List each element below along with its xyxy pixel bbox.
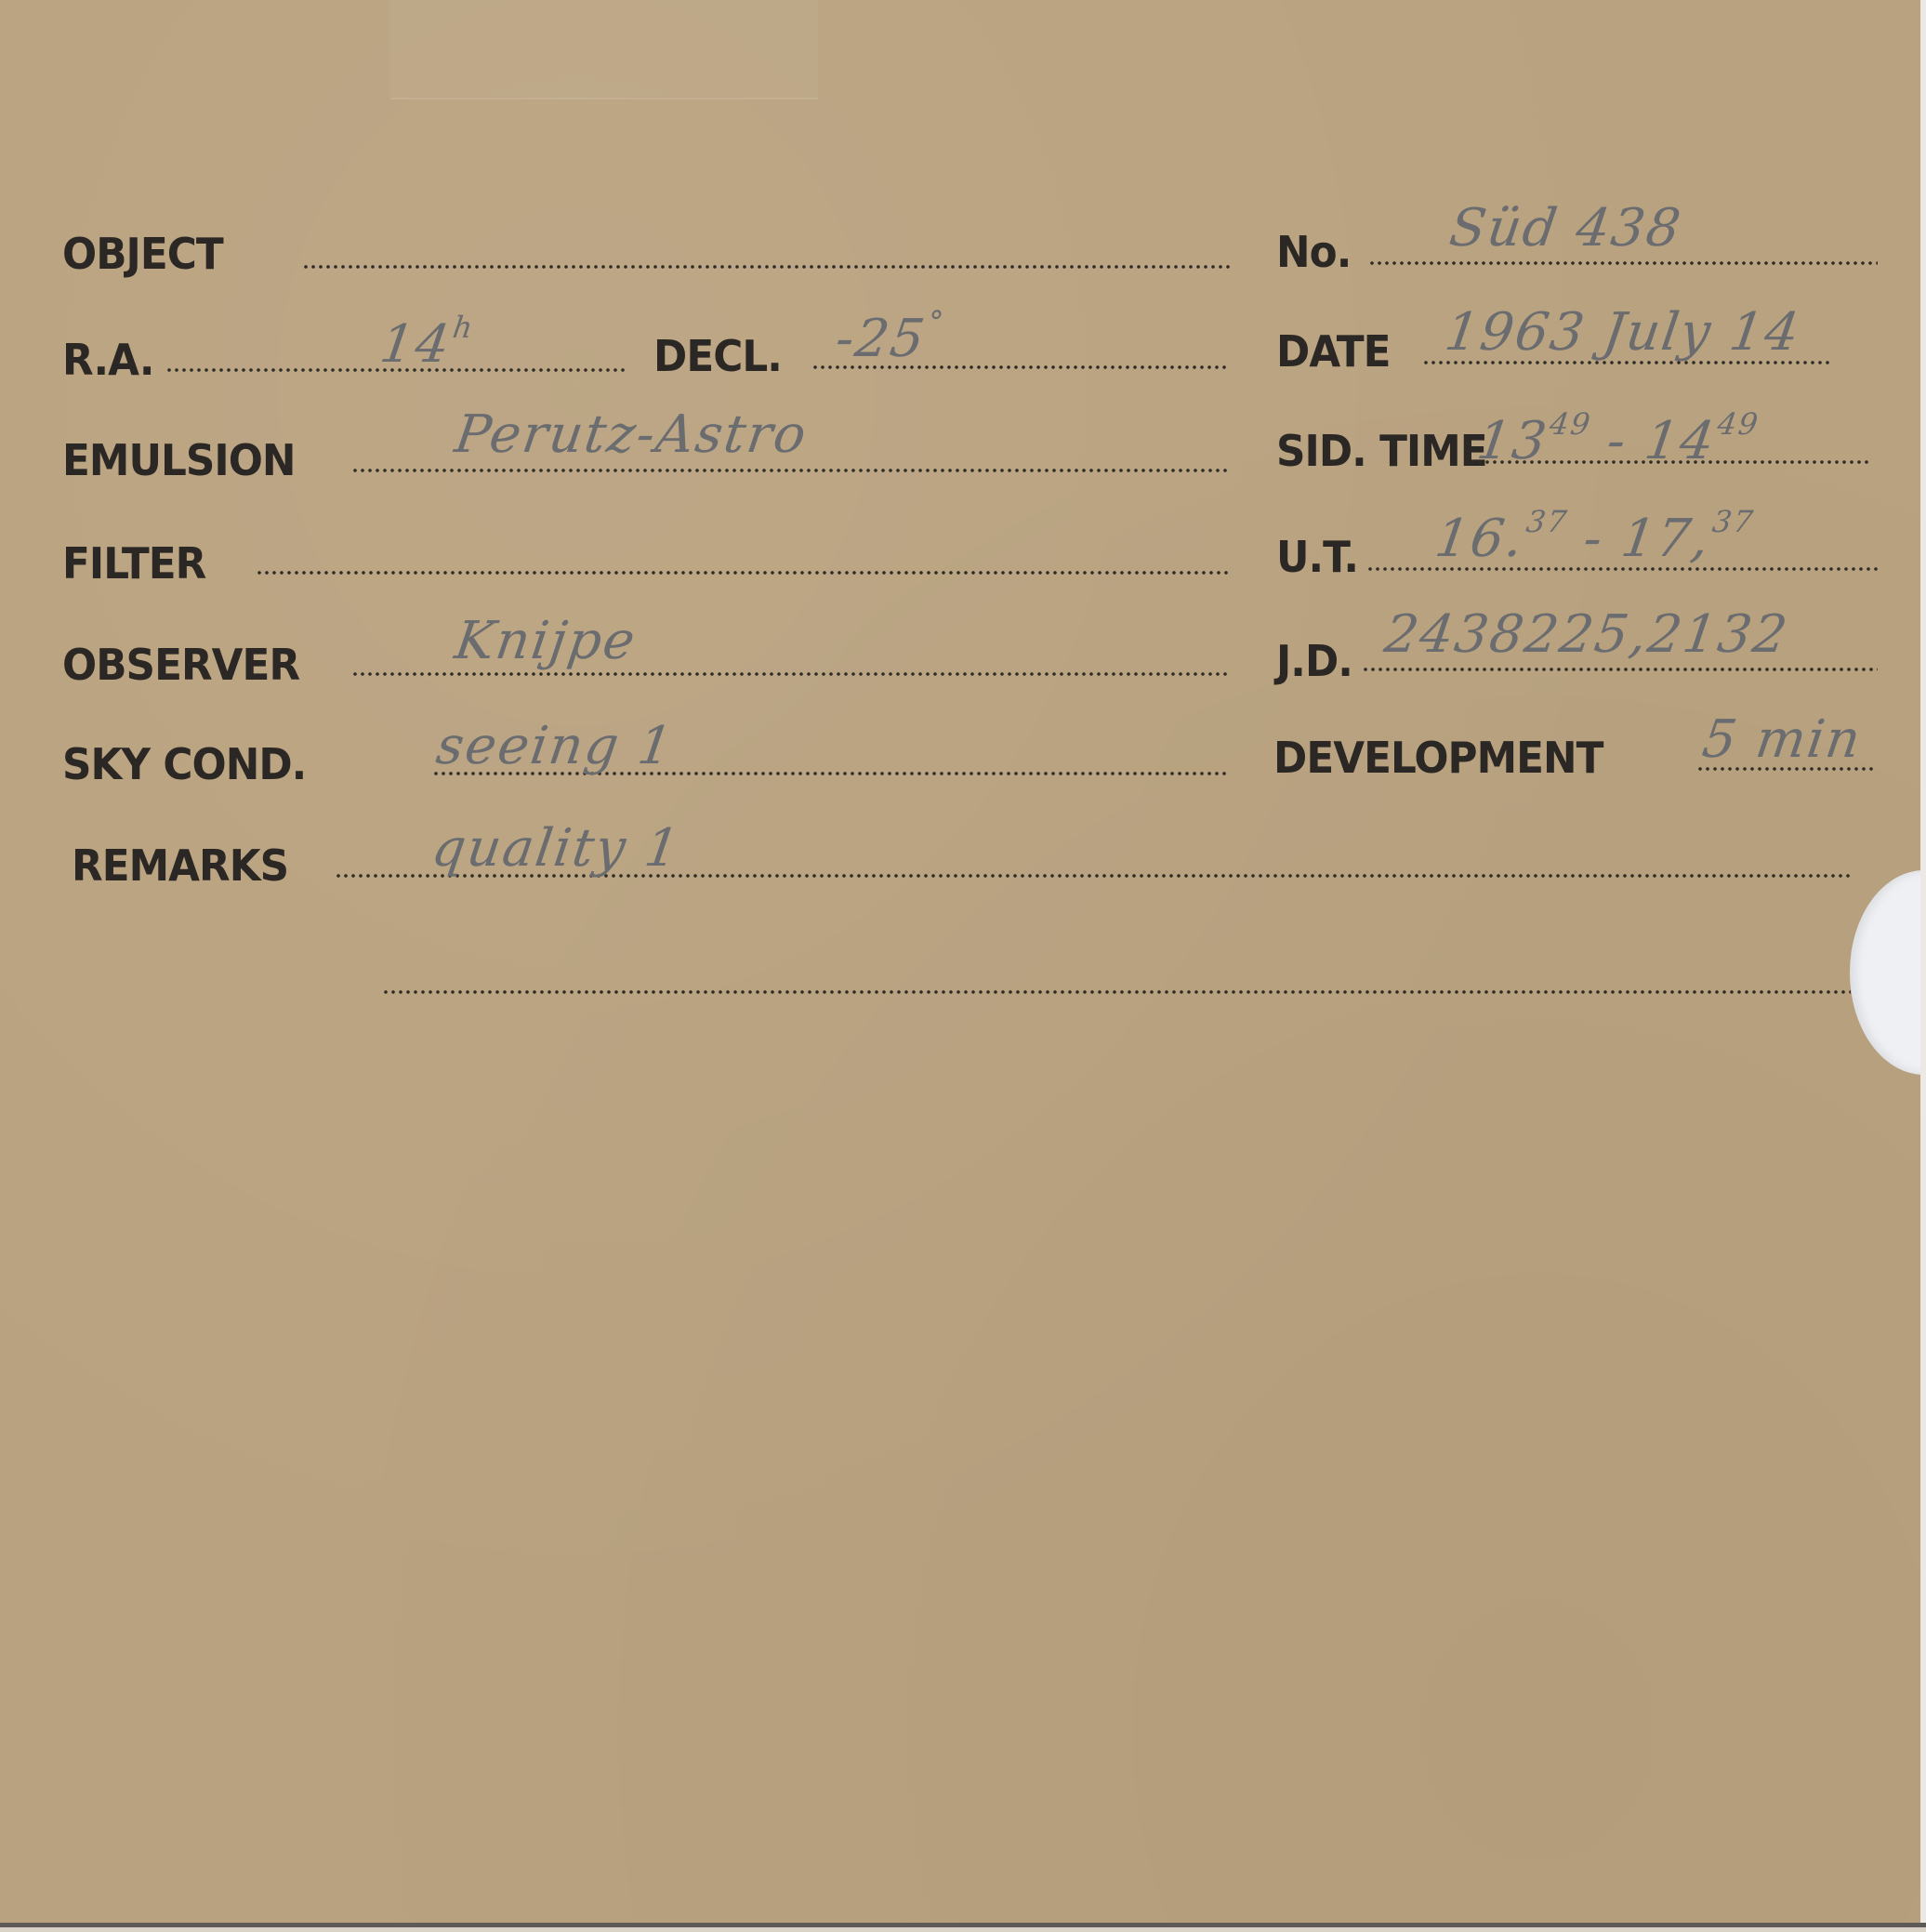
observer-value: Knijpe [452, 615, 640, 668]
remarks-label: REMARKS [72, 844, 288, 887]
remarks-field-line-2[interactable] [382, 990, 1851, 994]
scan-background-strip [0, 1927, 1926, 1932]
no-field-line[interactable] [1368, 261, 1878, 265]
thumb-notch [1850, 870, 1922, 1075]
sid-time-value: 1349 - 1449 [1474, 409, 1761, 468]
observer-label: OBSERVER [62, 643, 299, 686]
plate-envelope-card: OBJECT R.A. 14h DECL. -25° EMULSION Peru… [0, 0, 1922, 1923]
jd-label: J.D. [1276, 640, 1352, 682]
emulsion-field-line[interactable] [351, 469, 1230, 472]
sky-cond-label: SKY COND. [62, 743, 306, 786]
decl-label: DECL. [653, 335, 782, 377]
date-value: 1963 July 14 [1442, 307, 1803, 359]
envelope-flap [390, 0, 818, 99]
ut-label: U.T. [1276, 536, 1358, 578]
object-field-line[interactable] [302, 265, 1230, 269]
development-label: DEVELOPMENT [1273, 736, 1603, 779]
no-value: Süd 438 [1446, 203, 1685, 255]
decl-value: -25° [833, 307, 947, 365]
ut-value: 16.37 - 17,37 [1432, 507, 1757, 565]
jd-field-line[interactable] [1362, 668, 1878, 671]
emulsion-label: EMULSION [62, 439, 296, 482]
remarks-value: quality 1 [429, 823, 684, 875]
card-right-edge [1920, 0, 1926, 1932]
emulsion-value: Perutz-Astro [452, 409, 811, 461]
filter-label: FILTER [62, 542, 205, 585]
ra-value: 14h [377, 312, 477, 371]
no-label: No. [1276, 231, 1351, 273]
jd-value: 2438225,2132 [1381, 609, 1792, 661]
date-label: DATE [1276, 330, 1391, 373]
filter-field-line[interactable] [256, 571, 1230, 575]
ra-label: R.A. [62, 338, 154, 381]
observer-field-line[interactable] [351, 672, 1230, 676]
sid-time-label: SID. TIME [1276, 430, 1487, 472]
development-value: 5 min [1699, 714, 1865, 766]
sky-cond-value: seeing 1 [433, 721, 677, 773]
object-label: OBJECT [62, 232, 223, 275]
